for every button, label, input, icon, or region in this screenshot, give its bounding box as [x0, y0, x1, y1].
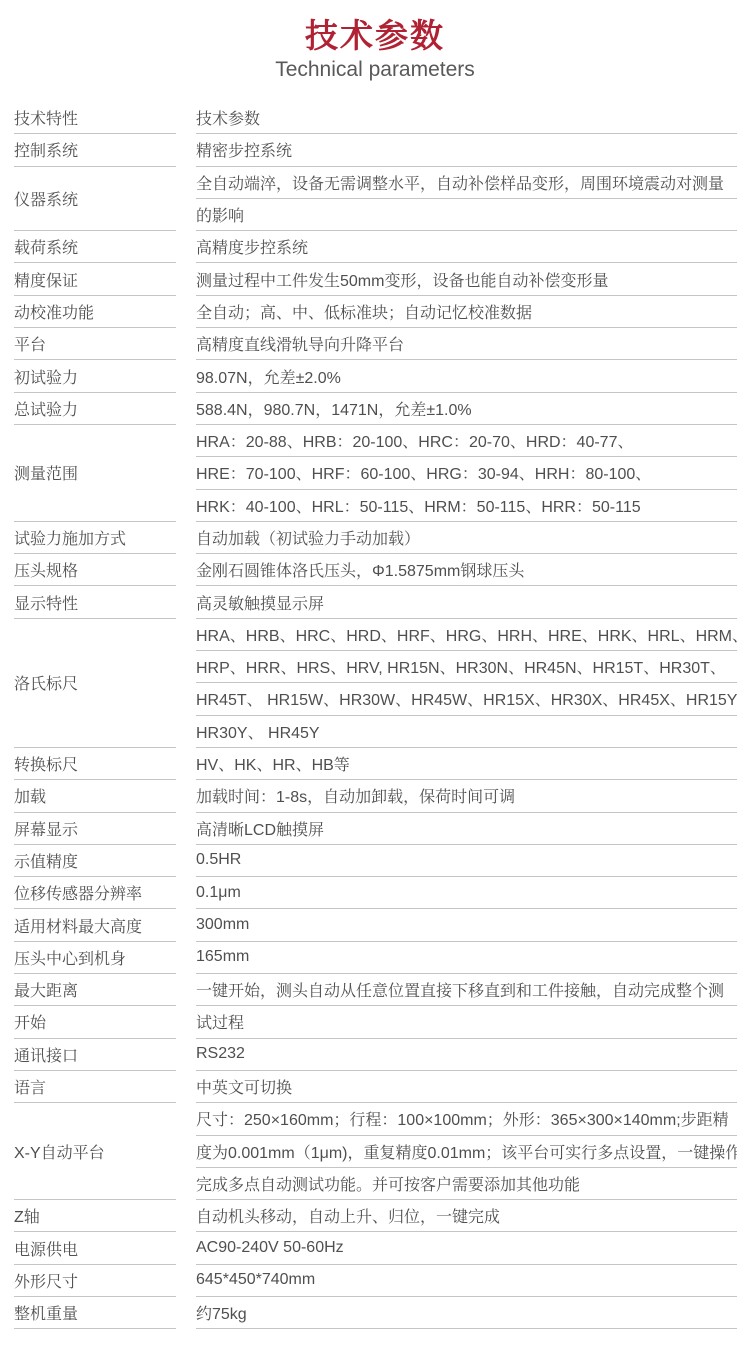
row-values: 约75kg [196, 1297, 737, 1329]
table-row: 位移传感器分辨率0.1μm [14, 877, 737, 909]
row-value-line: 高灵敏触摸显示屏 [196, 586, 737, 618]
row-value-line: 高精度步控系统 [196, 231, 737, 263]
table-row: 外形尺寸645*450*740mm [14, 1265, 737, 1297]
row-label: 测量范围 [14, 425, 176, 522]
row-value-line: 高精度直线滑轨导向升降平台 [196, 328, 737, 360]
row-values: 全自动端淬，设备无需调整水平，自动补偿样品变形，周围环境震动对测量的影响 [196, 167, 737, 232]
table-row: 示值精度0.5HR [14, 845, 737, 877]
table-row: 压头规格金刚石圆锥体洛氏压头，Φ1.5875mm钢球压头 [14, 554, 737, 586]
row-values: 0.5HR [196, 845, 737, 877]
table-row: Z轴自动机头移动，自动上升、归位，一键完成 [14, 1200, 737, 1232]
row-value-line: 0.1μm [196, 877, 737, 909]
row-values: HRA、HRB、HRC、HRD、HRF、HRG、HRH、HRE、HRK、HRL、… [196, 619, 737, 748]
table-row: 精度保证测量过程中工件发生50mm变形，设备也能自动补偿变形量 [14, 263, 737, 295]
row-value-line: 645*450*740mm [196, 1265, 737, 1297]
row-value-line: 度为0.001mm（1μm)，重复精度0.01mm；该平台可实行多点设置，一键操… [196, 1136, 737, 1168]
row-label: 压头规格 [14, 554, 176, 586]
row-values: 588.4N，980.7N，1471N，允差±1.0% [196, 393, 737, 425]
row-values: 645*450*740mm [196, 1265, 737, 1297]
row-value-line: 测量过程中工件发生50mm变形，设备也能自动补偿变形量 [196, 263, 737, 295]
table-row: 整机重量约75kg [14, 1297, 737, 1329]
table-row: 控制系统精密步控系统 [14, 134, 737, 166]
table-row: 显示特性高灵敏触摸显示屏 [14, 586, 737, 618]
row-label: 适用材料最大高度 [14, 909, 176, 941]
row-value-line: 588.4N，980.7N，1471N，允差±1.0% [196, 393, 737, 425]
table-row: 初试验力98.07N，允差±2.0% [14, 360, 737, 392]
table-row: 转换标尺HV、HK、HR、HB等 [14, 748, 737, 780]
row-value-line: 技术参数 [196, 102, 737, 134]
table-row: 载荷系统高精度步控系统 [14, 231, 737, 263]
table-row: 试验力施加方式自动加载（初试验力手动加载） [14, 522, 737, 554]
row-values: 165mm [196, 942, 737, 974]
row-values: 中英文可切换 [196, 1071, 737, 1103]
row-value-line: 中英文可切换 [196, 1071, 737, 1103]
row-value-line: HV、HK、HR、HB等 [196, 748, 737, 780]
row-label: 整机重量 [14, 1297, 176, 1329]
row-value-line: HRA、HRB、HRC、HRD、HRF、HRG、HRH、HRE、HRK、HRL、… [196, 619, 737, 651]
table-row: 技术特性技术参数 [14, 102, 737, 134]
row-values: 全自动；高、中、低标准块；自动记忆校准数据 [196, 296, 737, 328]
row-label: 洛氏标尺 [14, 619, 176, 748]
row-label: 开始 [14, 1006, 176, 1038]
row-values: HRA：20-88、HRB：20-100、HRC：20-70、HRD：40-77… [196, 425, 737, 522]
row-value-line: 高清晰LCD触摸屏 [196, 813, 737, 845]
row-value-line: AC90-240V 50-60Hz [196, 1232, 737, 1264]
table-row: 总试验力588.4N，980.7N，1471N，允差±1.0% [14, 393, 737, 425]
row-value-line: HRA：20-88、HRB：20-100、HRC：20-70、HRD：40-77… [196, 425, 737, 457]
row-values: 自动机头移动，自动上升、归位，一键完成 [196, 1200, 737, 1232]
row-values: 精密步控系统 [196, 134, 737, 166]
table-row: 测量范围HRA：20-88、HRB：20-100、HRC：20-70、HRD：4… [14, 425, 737, 522]
row-label: 平台 [14, 328, 176, 360]
row-value-line: 尺寸：250×160mm；行程：100×100mm；外形：365×300×140… [196, 1103, 737, 1135]
page-title: 技术参数 [0, 16, 750, 56]
row-label: 技术特性 [14, 102, 176, 134]
row-value-line: HRE：70-100、HRF：60-100、HRG：30-94、HRH：80-1… [196, 457, 737, 489]
row-values: RS232 [196, 1039, 737, 1071]
row-label: 控制系统 [14, 134, 176, 166]
row-label: 语言 [14, 1071, 176, 1103]
row-values: 自动加载（初试验力手动加载） [196, 522, 737, 554]
row-values: 金刚石圆锥体洛氏压头，Φ1.5875mm钢球压头 [196, 554, 737, 586]
row-values: 测量过程中工件发生50mm变形，设备也能自动补偿变形量 [196, 263, 737, 295]
row-values: 尺寸：250×160mm；行程：100×100mm；外形：365×300×140… [196, 1103, 737, 1200]
row-value-line: 300mm [196, 909, 737, 941]
table-row: 适用材料最大高度300mm [14, 909, 737, 941]
row-value-line: HRK：40-100、HRL：50-115、HRM：50-115、HRR：50-… [196, 490, 737, 522]
row-label: 压头中心到机身 [14, 942, 176, 974]
table-row: 平台高精度直线滑轨导向升降平台 [14, 328, 737, 360]
row-values: 300mm [196, 909, 737, 941]
row-values: 高精度直线滑轨导向升降平台 [196, 328, 737, 360]
row-values: 一键开始，测头自动从任意位置直接下移直到和工件接触，自动完成整个测 [196, 974, 737, 1006]
table-row: 通讯接口RS232 [14, 1039, 737, 1071]
page-header: 技术参数 Technical parameters [0, 0, 750, 84]
table-row: 仪器系统全自动端淬，设备无需调整水平，自动补偿样品变形，周围环境震动对测量的影响 [14, 167, 737, 232]
row-label: 显示特性 [14, 586, 176, 618]
row-value-line: RS232 [196, 1039, 737, 1071]
row-label: 位移传感器分辨率 [14, 877, 176, 909]
row-label: 通讯接口 [14, 1039, 176, 1071]
row-values: 技术参数 [196, 102, 737, 134]
row-value-line: 自动加载（初试验力手动加载） [196, 522, 737, 554]
row-label: 转换标尺 [14, 748, 176, 780]
row-label: 载荷系统 [14, 231, 176, 263]
table-row: 动校准功能全自动；高、中、低标准块；自动记忆校准数据 [14, 296, 737, 328]
row-values: 98.07N，允差±2.0% [196, 360, 737, 392]
row-values: 高清晰LCD触摸屏 [196, 813, 737, 845]
spec-table: 技术特性技术参数控制系统精密步控系统仪器系统全自动端淬，设备无需调整水平，自动补… [0, 102, 750, 1329]
row-value-line: 165mm [196, 942, 737, 974]
row-label: 总试验力 [14, 393, 176, 425]
row-label: 动校准功能 [14, 296, 176, 328]
page: 技术参数 Technical parameters 技术特性技术参数控制系统精密… [0, 0, 750, 1356]
row-value-line: 自动机头移动，自动上升、归位，一键完成 [196, 1200, 737, 1232]
row-values: 高精度步控系统 [196, 231, 737, 263]
row-value-line: HR30Y、 HR45Y [196, 716, 737, 748]
row-value-line: 精密步控系统 [196, 134, 737, 166]
row-label: 加载 [14, 780, 176, 812]
table-row: 屏幕显示高清晰LCD触摸屏 [14, 813, 737, 845]
row-label: 最大距离 [14, 974, 176, 1006]
row-value-line: 完成多点自动测试功能。并可按客户需要添加其他功能 [196, 1168, 737, 1200]
row-label: 外形尺寸 [14, 1265, 176, 1297]
row-label: 初试验力 [14, 360, 176, 392]
row-value-line: 加载时间：1-8s，自动加卸载，保荷时间可调 [196, 780, 737, 812]
table-row: 加载加载时间：1-8s，自动加卸载，保荷时间可调 [14, 780, 737, 812]
table-row: 语言中英文可切换 [14, 1071, 737, 1103]
row-label: X-Y自动平台 [14, 1103, 176, 1200]
row-values: HV、HK、HR、HB等 [196, 748, 737, 780]
table-row: 开始试过程 [14, 1006, 737, 1038]
row-label: 仪器系统 [14, 167, 176, 232]
row-values: 试过程 [196, 1006, 737, 1038]
table-row: 洛氏标尺HRA、HRB、HRC、HRD、HRF、HRG、HRH、HRE、HRK、… [14, 619, 737, 748]
row-value-line: HRP、HRR、HRS、HRV, HR15N、HR30N、HR45N、HR15T… [196, 651, 737, 683]
row-label: 试验力施加方式 [14, 522, 176, 554]
page-subtitle: Technical parameters [0, 56, 750, 84]
row-value-line: 的影响 [196, 199, 737, 231]
row-values: 0.1μm [196, 877, 737, 909]
row-label: Z轴 [14, 1200, 176, 1232]
table-row: 压头中心到机身165mm [14, 942, 737, 974]
row-label: 电源供电 [14, 1232, 176, 1264]
table-row: X-Y自动平台尺寸：250×160mm；行程：100×100mm；外形：365×… [14, 1103, 737, 1200]
row-value-line: 金刚石圆锥体洛氏压头，Φ1.5875mm钢球压头 [196, 554, 737, 586]
row-value-line: 全自动端淬，设备无需调整水平，自动补偿样品变形，周围环境震动对测量 [196, 167, 737, 199]
row-value-line: 一键开始，测头自动从任意位置直接下移直到和工件接触，自动完成整个测 [196, 974, 737, 1006]
row-label: 屏幕显示 [14, 813, 176, 845]
row-value-line: 0.5HR [196, 845, 737, 877]
row-values: 高灵敏触摸显示屏 [196, 586, 737, 618]
row-values: 加载时间：1-8s，自动加卸载，保荷时间可调 [196, 780, 737, 812]
row-value-line: 约75kg [196, 1297, 737, 1329]
row-values: AC90-240V 50-60Hz [196, 1232, 737, 1264]
table-row: 最大距离一键开始，测头自动从任意位置直接下移直到和工件接触，自动完成整个测 [14, 974, 737, 1006]
row-value-line: 全自动；高、中、低标准块；自动记忆校准数据 [196, 296, 737, 328]
row-label: 示值精度 [14, 845, 176, 877]
row-label: 精度保证 [14, 263, 176, 295]
row-value-line: HR45T、 HR15W、HR30W、HR45W、HR15X、HR30X、HR4… [196, 683, 737, 715]
table-row: 电源供电AC90-240V 50-60Hz [14, 1232, 737, 1264]
row-value-line: 试过程 [196, 1006, 737, 1038]
row-value-line: 98.07N，允差±2.0% [196, 360, 737, 392]
